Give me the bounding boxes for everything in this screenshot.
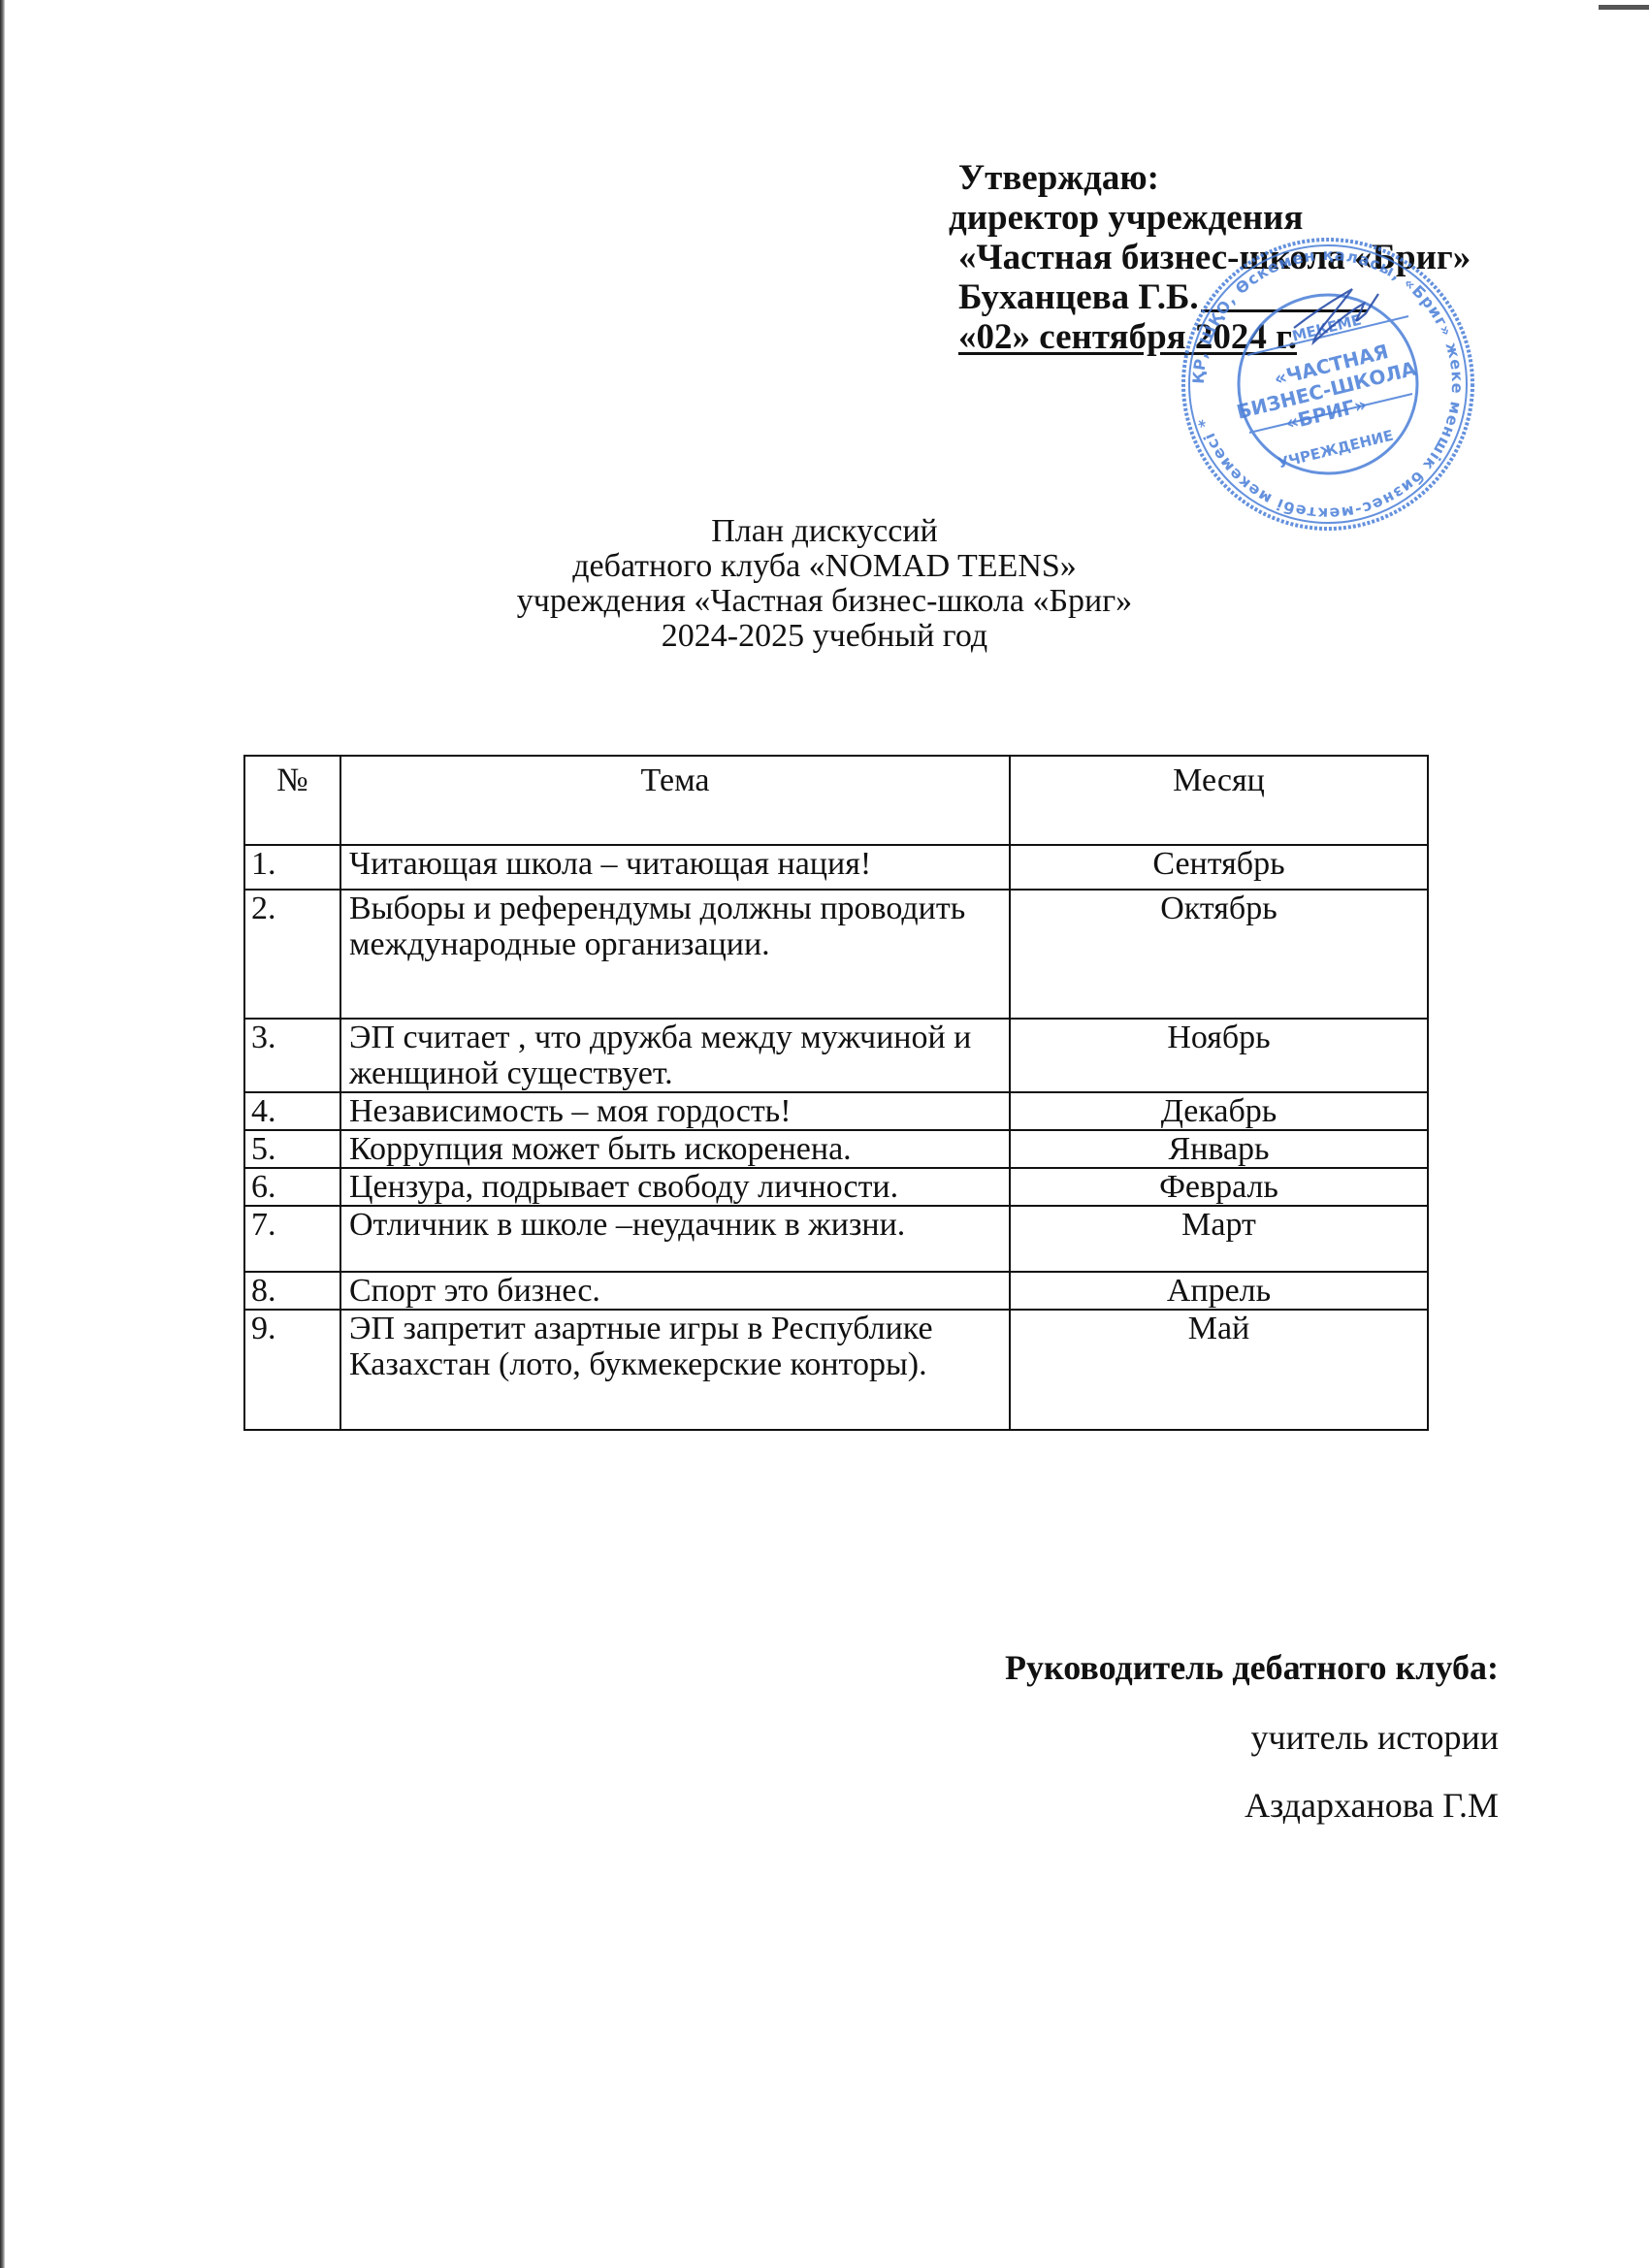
row-number: 8.	[244, 1272, 340, 1310]
row-topic: Спорт это бизнес.	[340, 1272, 1010, 1310]
row-topic: Независимость – моя гордость!	[340, 1092, 1010, 1130]
table-header-row: № Тема Месяц	[244, 756, 1428, 845]
row-topic: Цензура, подрывает свободу личности.	[340, 1168, 1010, 1206]
svg-text:«БРИГ»: «БРИГ»	[1283, 392, 1370, 435]
title-line-4: 2024-2025 учебный год	[0, 619, 1649, 654]
row-month: Октябрь	[1010, 890, 1428, 1019]
table-row: 9.ЭП запретит азартные игры в Республике…	[244, 1310, 1428, 1430]
table-row: 7.Отличник в школе –неудачник в жизни.Ма…	[244, 1206, 1428, 1272]
row-topic: Читающая школа – читающая нация!	[340, 845, 1010, 890]
signature-line	[1201, 309, 1368, 312]
row-number: 7.	[244, 1206, 340, 1272]
approval-date: «02» сентября 2024 г.	[949, 317, 1471, 357]
scan-mark	[1599, 5, 1649, 10]
row-number: 1.	[244, 845, 340, 890]
row-number: 3.	[244, 1019, 340, 1092]
table-row: 4.Независимость – моя гордость!Декабрь	[244, 1092, 1428, 1130]
approval-organization: «Частная бизнес-школа «Бриг»	[949, 238, 1471, 277]
row-month: Декабрь	[1010, 1092, 1428, 1130]
row-topic: ЭП запретит азартные игры в Республике К…	[340, 1310, 1010, 1430]
row-topic: ЭП считает , что дружба между мужчиной и…	[340, 1019, 1010, 1092]
title-line-3: учреждения «Частная бизнес-школа «Бриг»	[0, 584, 1649, 619]
title-line-1: План дискуссий	[0, 514, 1649, 549]
discussion-plan-table: № Тема Месяц 1.Читающая школа – читающая…	[243, 755, 1429, 1431]
row-topic: Отличник в школе –неудачник в жизни.	[340, 1206, 1010, 1272]
table-row: 5.Коррупция может быть искоренена.Январь	[244, 1130, 1428, 1168]
title-line-2: дебатного клуба «NOMAD TEENS»	[0, 549, 1649, 584]
row-month: Март	[1010, 1206, 1428, 1272]
document-title: План дискуссий дебатного клуба «NOMAD TE…	[0, 514, 1649, 654]
row-number: 4.	[244, 1092, 340, 1130]
row-topic: Коррупция может быть искоренена.	[340, 1130, 1010, 1168]
signature-footer: Руководитель дебатного клуба: учитель ис…	[1005, 1647, 1499, 1826]
table-row: 6.Цензура, подрывает свободу личности.Фе…	[244, 1168, 1428, 1206]
row-month: Январь	[1010, 1130, 1428, 1168]
scan-edge	[0, 0, 5, 2268]
footer-position: учитель истории	[1005, 1717, 1499, 1758]
table-row: 2.Выборы и референдумы должны проводить …	[244, 890, 1428, 1019]
approval-block: Утверждаю: директор учреждения «Частная …	[949, 158, 1471, 357]
row-number: 9.	[244, 1310, 340, 1430]
row-month: Февраль	[1010, 1168, 1428, 1206]
footer-role: Руководитель дебатного клуба:	[1005, 1647, 1499, 1688]
svg-text:УЧРЕЖДЕНИЕ: УЧРЕЖДЕНИЕ	[1276, 427, 1395, 472]
header-num: №	[244, 756, 340, 845]
table-row: 8.Спорт это бизнес.Апрель	[244, 1272, 1428, 1310]
row-month: Ноябрь	[1010, 1019, 1428, 1092]
table-body: 1.Читающая школа – читающая нация!Сентяб…	[244, 845, 1428, 1430]
row-number: 6.	[244, 1168, 340, 1206]
approval-position: директор учреждения	[949, 198, 1471, 238]
row-number: 2.	[244, 890, 340, 1019]
table-row: 3.ЭП считает , что дружба между мужчиной…	[244, 1019, 1428, 1092]
approval-heading: Утверждаю:	[949, 158, 1471, 198]
svg-text:БИЗНЕС-ШКОЛА: БИЗНЕС-ШКОЛА	[1234, 356, 1418, 423]
row-month: Апрель	[1010, 1272, 1428, 1310]
row-month: Май	[1010, 1310, 1428, 1430]
row-number: 5.	[244, 1130, 340, 1168]
header-topic: Тема	[340, 756, 1010, 845]
footer-name: Аздарханова Г.М	[1005, 1785, 1499, 1826]
row-month: Сентябрь	[1010, 845, 1428, 890]
row-topic: Выборы и референдумы должны проводить ме…	[340, 890, 1010, 1019]
header-month: Месяц	[1010, 756, 1428, 845]
table-row: 1.Читающая школа – читающая нация!Сентяб…	[244, 845, 1428, 890]
